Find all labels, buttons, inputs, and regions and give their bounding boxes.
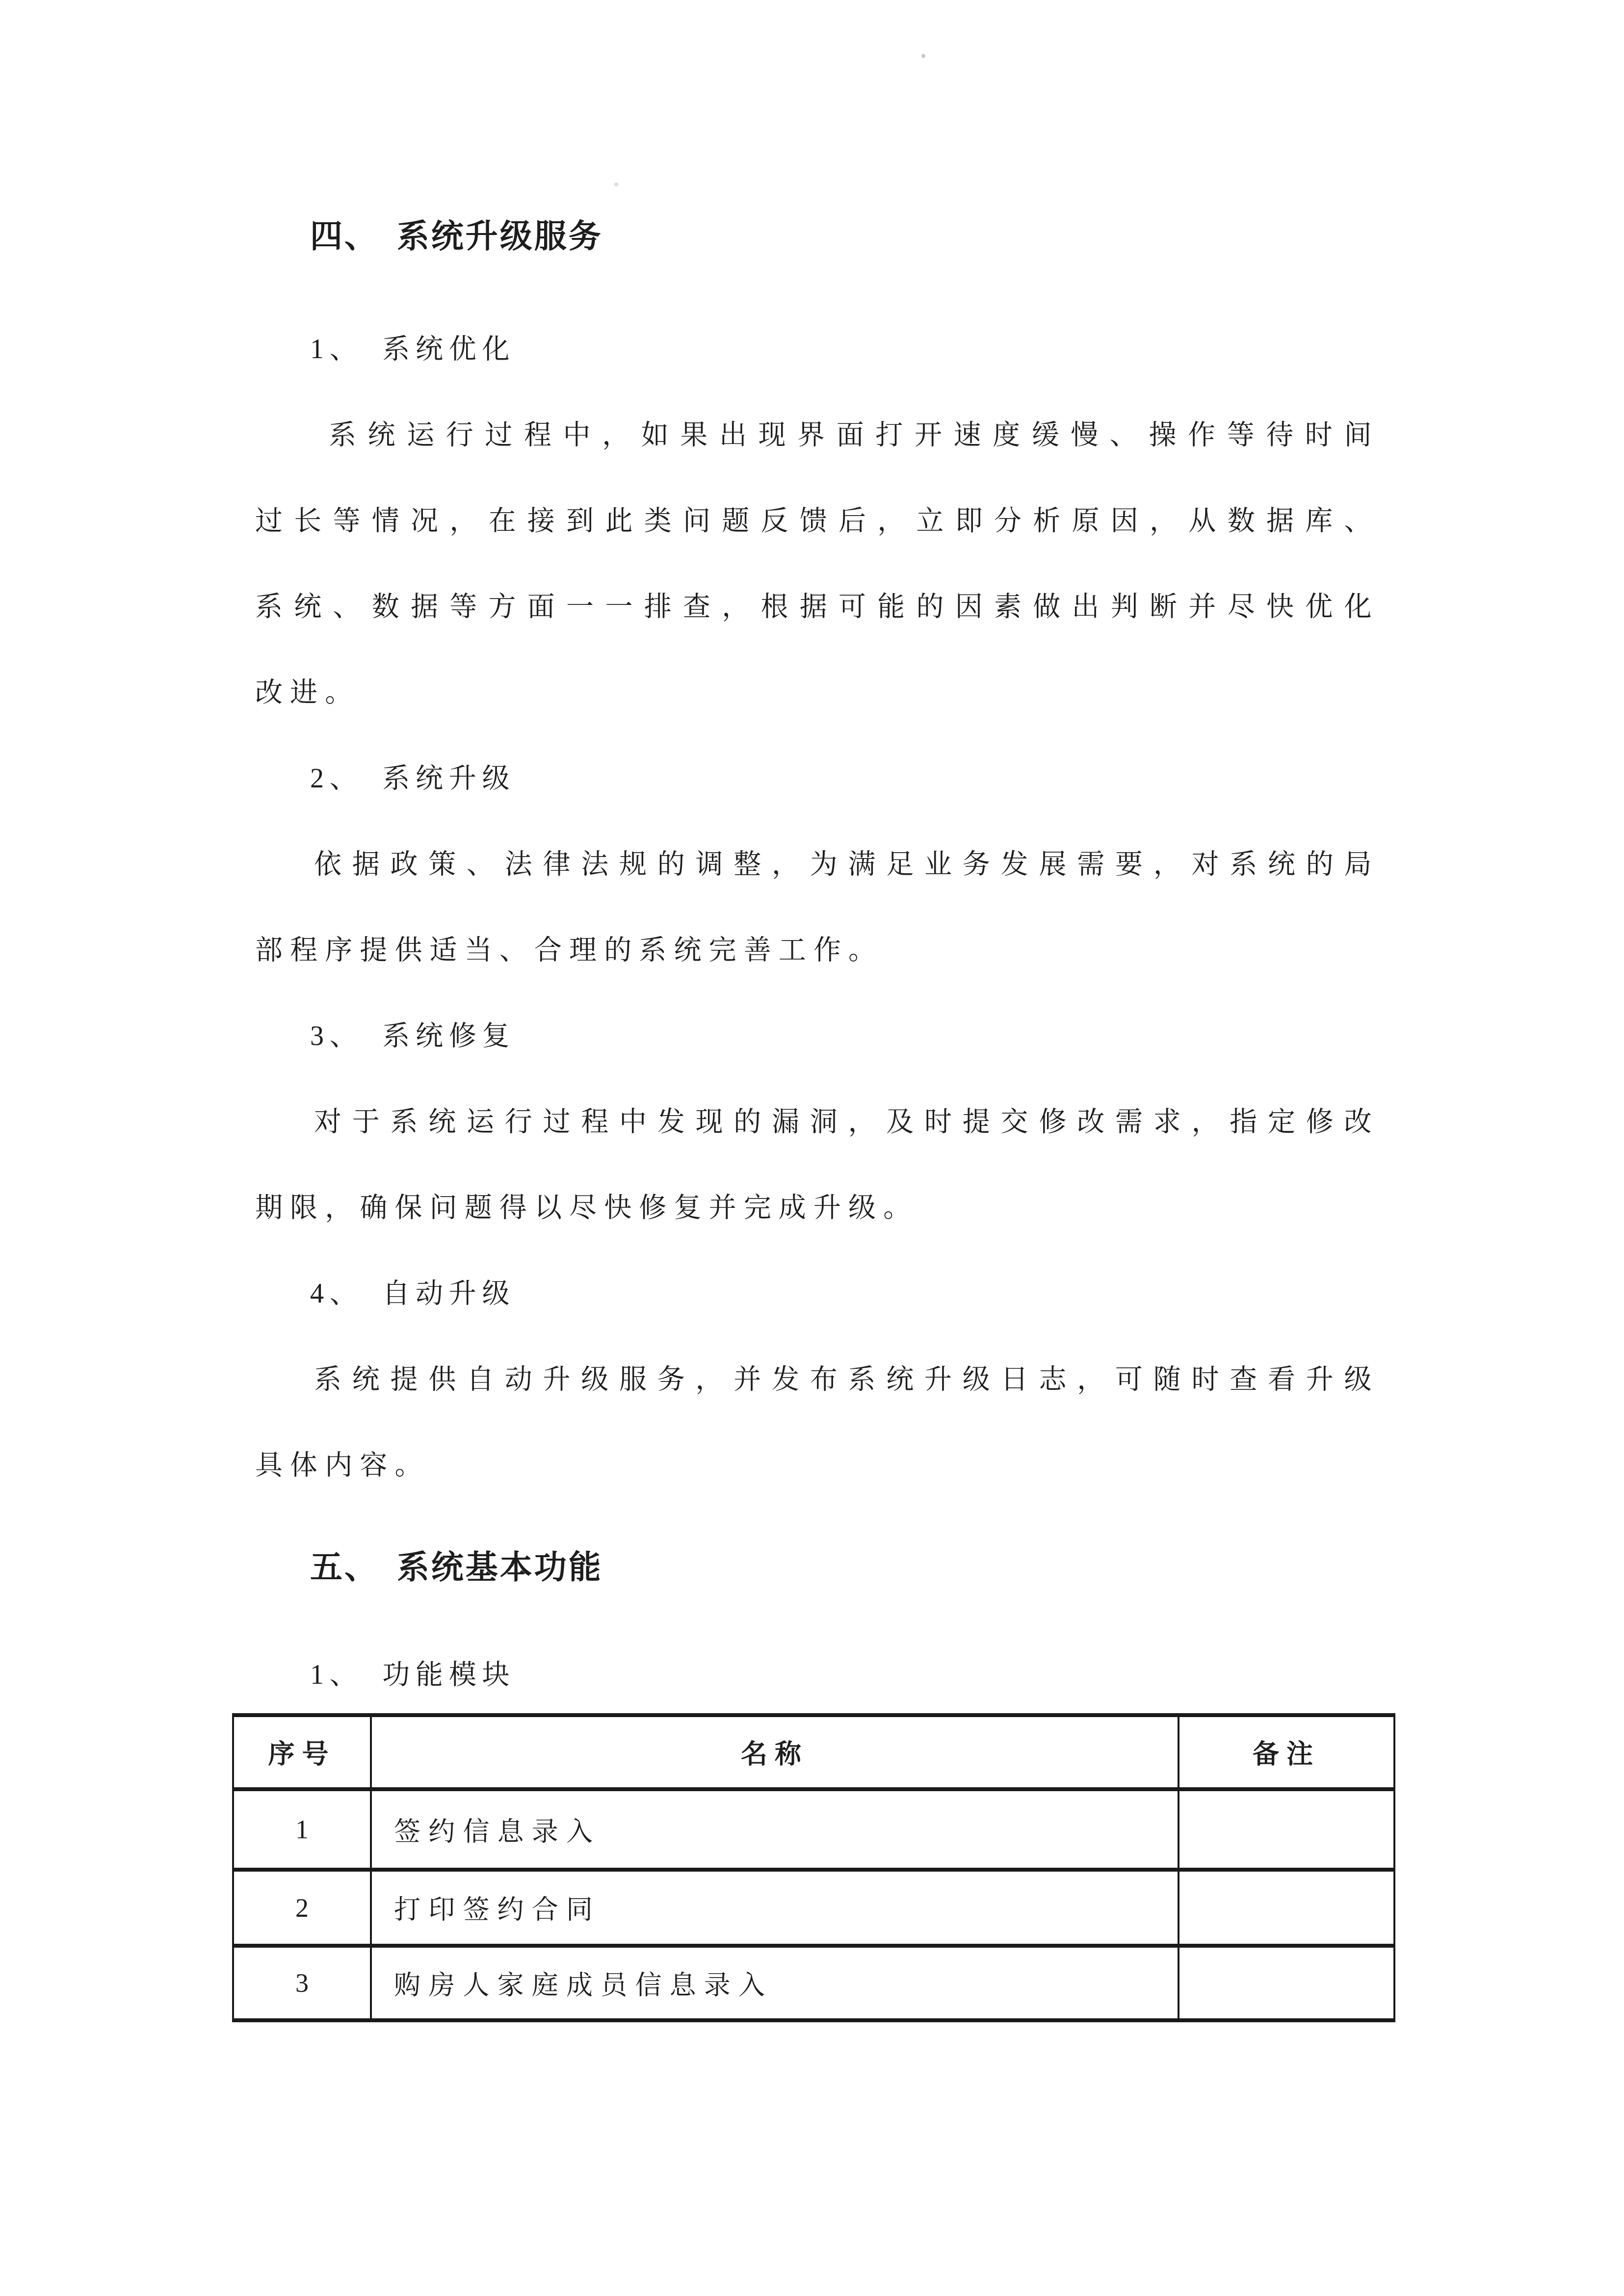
paragraph-line: 改进。	[255, 650, 1379, 736]
function-module-table: 序号 名称 备注 1 签约信息录入 2 打印签约合同 3 购房人家庭成员信息录入	[232, 1713, 1395, 2022]
scan-speck	[614, 183, 618, 186]
table-row: 1 签约信息录入	[233, 1789, 1394, 1870]
row-name: 签约信息录入	[371, 1789, 1179, 1870]
paragraph-line: 过长等情况，在接到此类问题反馈后，立即分析原因，从数据库、	[255, 478, 1379, 564]
subitem-label-3-system-repair: 3、 系统修复	[255, 993, 1434, 1079]
paragraph-line: 期限，确保问题得以尽快修复并完成升级。	[255, 1165, 1379, 1251]
row-name: 打印签约合同	[371, 1870, 1179, 1946]
table-header-row: 序号 名称 备注	[233, 1715, 1394, 1789]
row-index: 1	[233, 1789, 371, 1870]
paragraph-line: 系统提供自动升级服务，并发布系统升级日志，可随时查看升级	[255, 1337, 1379, 1423]
subitem-label-1-function-modules: 1、 功能模块	[255, 1632, 1434, 1718]
row-remark	[1179, 1946, 1394, 2020]
section-heading-4: 四、 系统升级服务	[255, 194, 1434, 280]
paragraph-line: 部程序提供适当、合理的系统完善工作。	[255, 908, 1379, 993]
section-heading-5: 五、 系统基本功能	[255, 1525, 1434, 1611]
paragraph-line: 具体内容。	[255, 1423, 1379, 1509]
paragraph-line: 依据政策、法律法规的调整，为满足业务发展需要，对系统的局	[255, 822, 1379, 908]
row-remark	[1179, 1870, 1394, 1946]
row-index: 2	[233, 1870, 371, 1946]
column-header-name: 名称	[371, 1715, 1179, 1789]
scanned-document-page: 四、 系统升级服务 1、 系统优化 系统运行过程中，如果出现界面打开速度缓慢、操…	[0, 0, 1624, 2296]
paragraph-line: 系统、数据等方面一一排查，根据可能的因素做出判断并尽快优化	[255, 564, 1379, 650]
column-header-remark: 备注	[1179, 1715, 1394, 1789]
row-remark	[1179, 1789, 1394, 1870]
subitem-label-1-system-optimization: 1、 系统优化	[255, 307, 1434, 392]
row-name: 购房人家庭成员信息录入	[371, 1946, 1179, 2020]
table-row: 3 购房人家庭成员信息录入	[233, 1946, 1394, 2020]
paragraph-line: 对于系统运行过程中发现的漏洞，及时提交修改需求，指定修改	[255, 1079, 1379, 1165]
table-row: 2 打印签约合同	[233, 1870, 1394, 1946]
scan-speck	[921, 54, 925, 58]
subitem-label-4-auto-upgrade: 4、 自动升级	[255, 1251, 1434, 1337]
column-header-index: 序号	[233, 1715, 371, 1789]
paragraph-line: 系统运行过程中，如果出现界面打开速度缓慢、操作等待时间	[255, 392, 1379, 478]
row-index: 3	[233, 1946, 371, 2020]
subitem-label-2-system-upgrade: 2、 系统升级	[255, 736, 1434, 822]
